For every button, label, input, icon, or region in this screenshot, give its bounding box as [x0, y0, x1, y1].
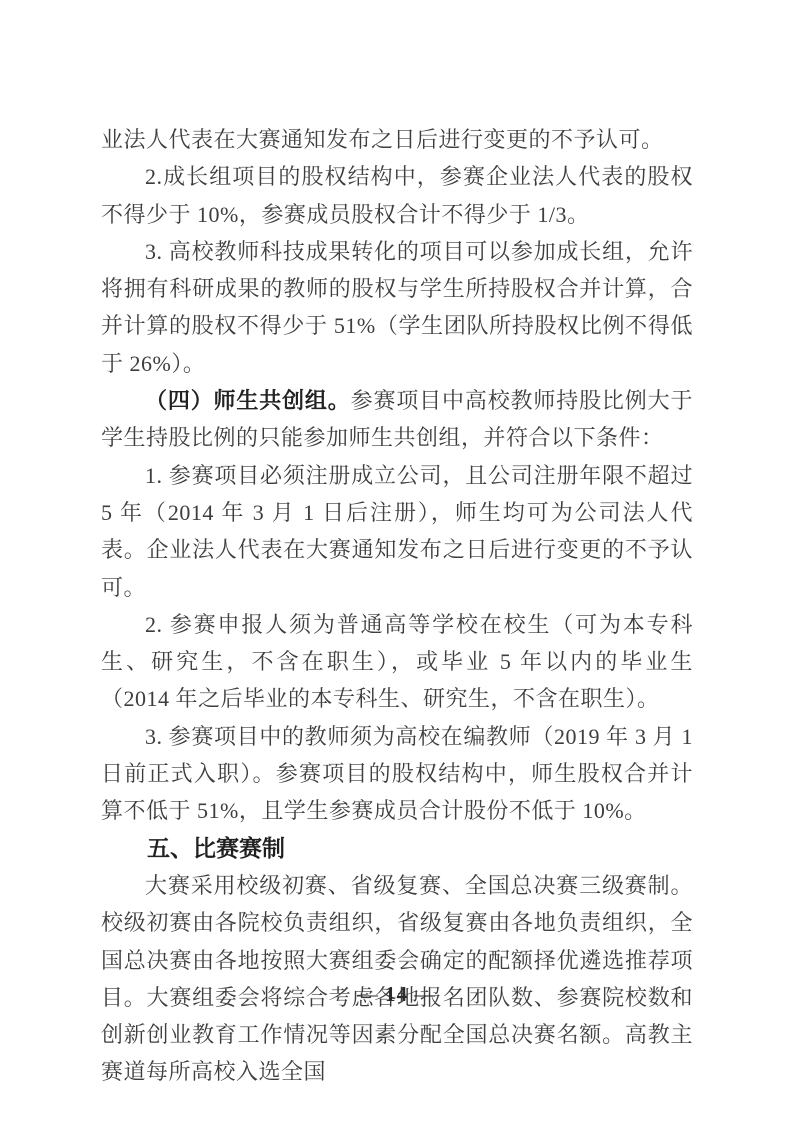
paragraph-item-3-teacher-achievements: 3. 高校教师科技成果转化的项目可以参加成长组，允许将拥有科研成果的教师的股权与…	[101, 233, 693, 382]
section-5-heading-competition-format: 五、比赛赛制	[101, 830, 693, 867]
paragraph-continuation: 业法人代表在大赛通知发布之日后进行变更的不予认可。	[101, 121, 693, 158]
paragraph-item-2-growth-group: 2.成长组项目的股权结构中，参赛企业法人代表的股权不得少于 10%，参赛成员股权…	[101, 158, 693, 233]
footer-dash-left: —	[351, 982, 385, 1006]
paragraph-condition-3-teacher-requirements: 3. 参赛项目中的教师须为高校在编教师（2019 年 3 月 1 日前正式入职）…	[101, 718, 693, 830]
document-body: 业法人代表在大赛通知发布之日后进行变更的不予认可。 2.成长组项目的股权结构中，…	[101, 121, 693, 1091]
page-footer: —14—	[0, 982, 793, 1007]
paragraph-competition-format-description: 大赛采用校级初赛、省级复赛、全国总决赛三级赛制。校级初赛由各院校负责组织，省级复…	[101, 867, 693, 1091]
paragraph-condition-1-company-registration: 1. 参赛项目必须注册成立公司，且公司注册年限不超过 5 年（2014 年 3 …	[101, 457, 693, 606]
document-page: 业法人代表在大赛通知发布之日后进行变更的不予认可。 2.成长组项目的股权结构中，…	[0, 0, 793, 1122]
paragraph-condition-2-applicant-students: 2. 参赛申报人须为普通高等学校在校生（可为本专科生、研究生，不含在职生），或毕…	[101, 606, 693, 718]
footer-page-number: 14	[385, 982, 408, 1006]
footer-dash-right: —	[408, 982, 442, 1006]
section-4-bold-lead: （四）师生共创组。	[145, 388, 351, 413]
paragraph-section-4-teacher-student-group: （四）师生共创组。参赛项目中高校教师持股比例大于学生持股比例的只能参加师生共创组…	[101, 382, 693, 457]
